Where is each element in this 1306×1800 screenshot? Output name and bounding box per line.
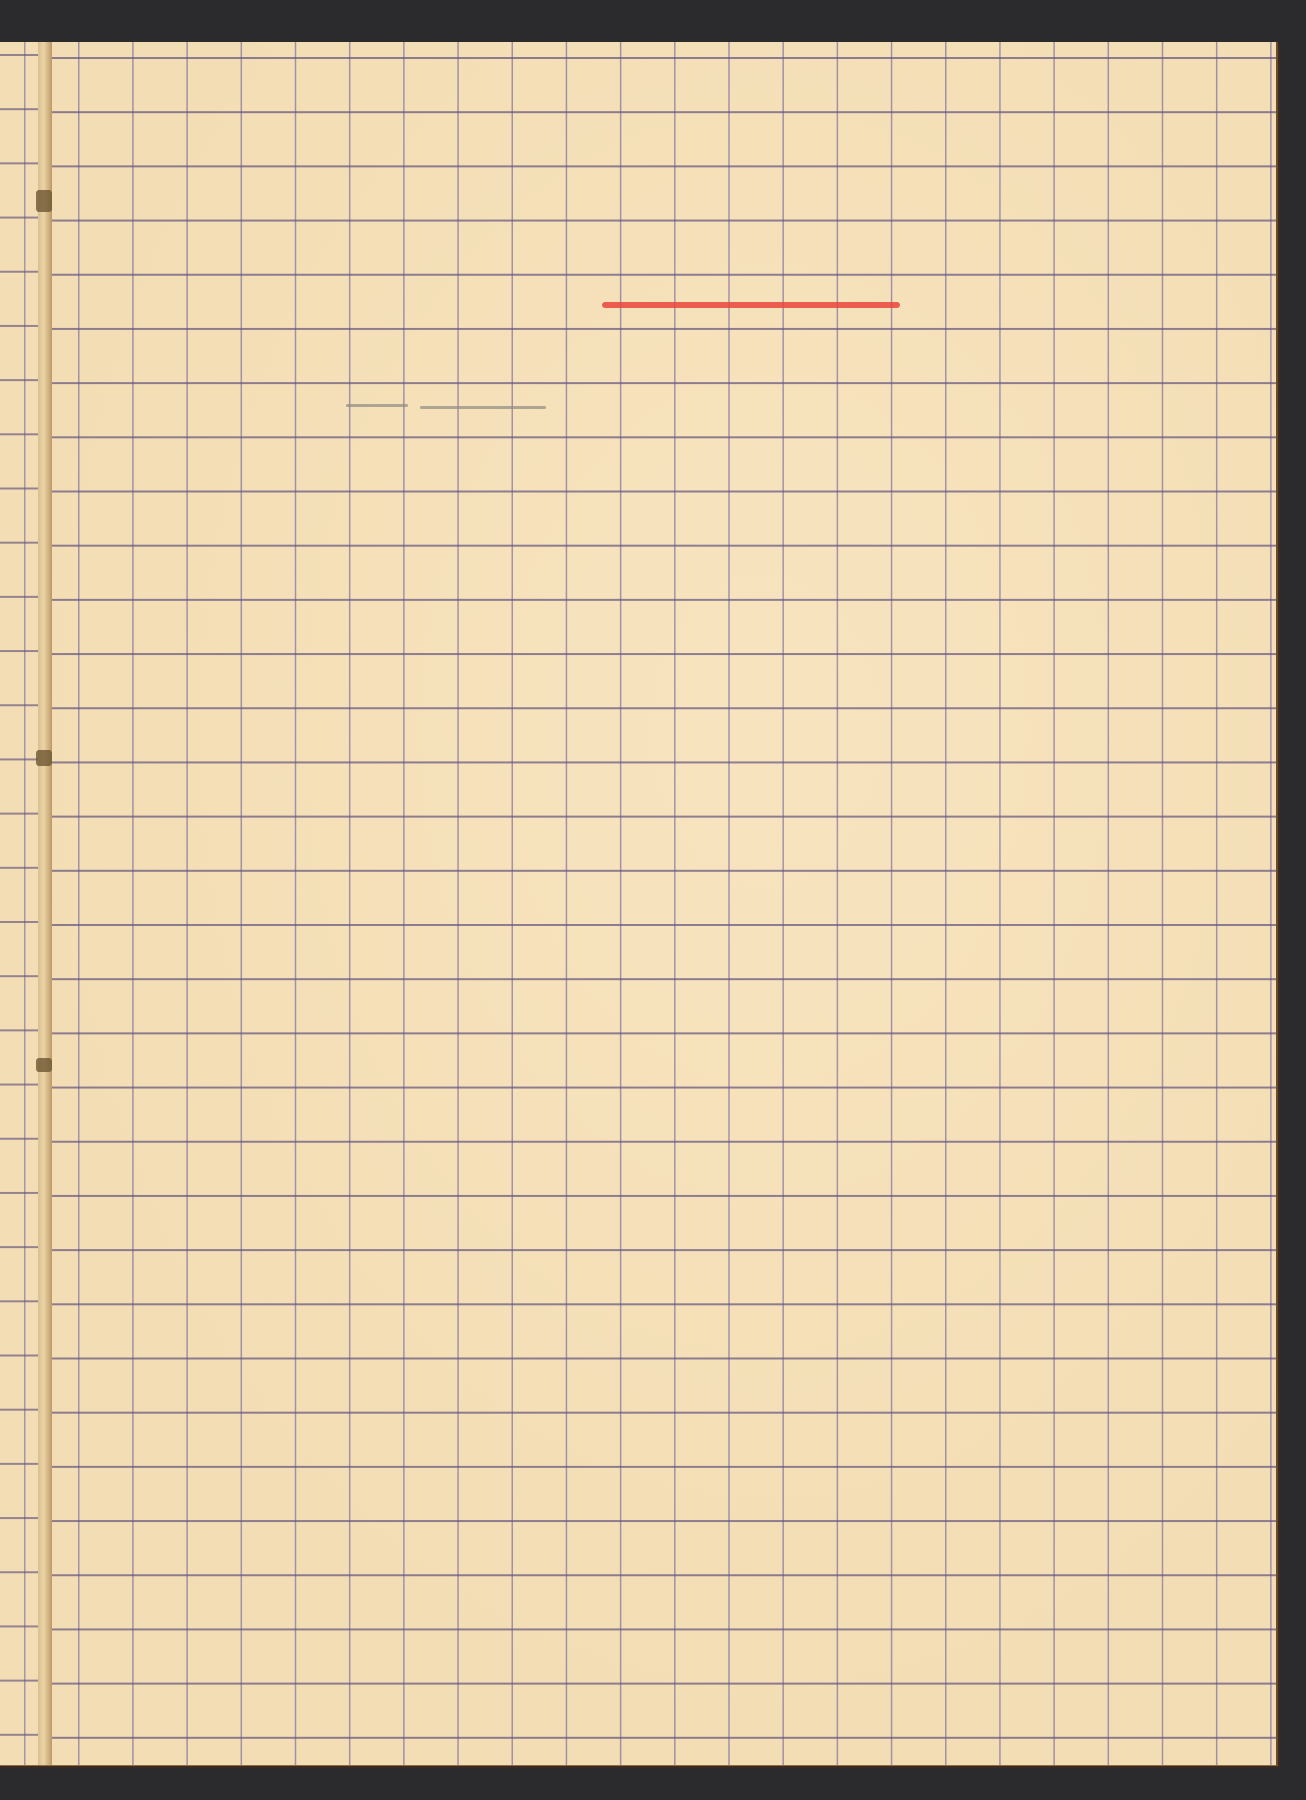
binding-gutter: [38, 42, 52, 1765]
binding-staple-mark: [36, 1058, 52, 1072]
left-page-edge: [0, 42, 40, 1765]
binding-staple-mark: [36, 190, 52, 212]
red-underline: [602, 302, 900, 308]
gray-underline: [346, 404, 408, 407]
notebook-page: [0, 42, 1278, 1766]
graph-paper-grid: [52, 42, 1276, 1765]
binding-staple-mark: [36, 750, 52, 766]
gray-underline: [420, 406, 546, 409]
